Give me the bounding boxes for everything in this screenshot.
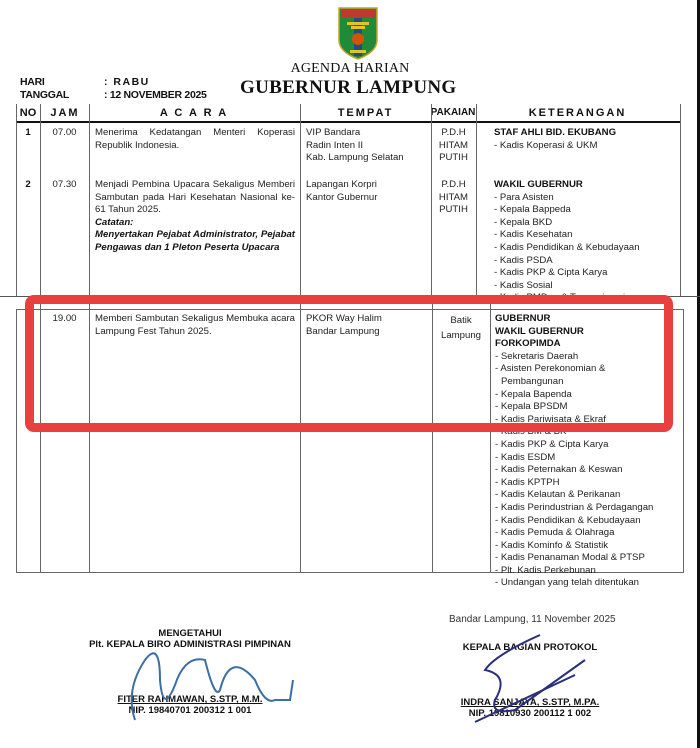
- tempat-line: Kab. Lampung Selatan: [306, 152, 430, 165]
- keterangan-item: - Kadis Koperasi & UKM: [494, 140, 678, 153]
- keterangan-head: WAKIL GUBERNUR: [494, 179, 678, 192]
- row-pakaian: P.D.H HITAM PUTIH: [431, 127, 476, 165]
- pakaian-line: P.D.H: [431, 179, 476, 192]
- pakaian-line: HITAM: [431, 192, 476, 205]
- grid-line: [683, 309, 684, 572]
- tanggal-label: TANGGAL: [20, 89, 69, 101]
- catatan-text: Menyertakan Pejabat Administrator, Pejab…: [95, 229, 295, 254]
- column-header-no: NO: [16, 104, 40, 122]
- column-header-jam: JAM: [41, 104, 89, 122]
- keterangan-item: - Kadis ESDM: [495, 452, 681, 465]
- keterangan-item: - Kadis KPTPH: [495, 477, 681, 490]
- column-header-acara: A C A R A: [89, 104, 299, 122]
- tanggal-value: : 12 NOVEMBER 2025: [104, 89, 207, 101]
- keterangan-item: - Kadis Perindustrian & Perdagangan: [495, 502, 681, 515]
- row-no: 1: [16, 127, 40, 140]
- highlight-box: [25, 295, 673, 432]
- catatan-label: Catatan:: [95, 217, 295, 230]
- keterangan-item: - Kadis Peternakan & Keswan: [495, 464, 681, 477]
- document-subtitle: AGENDA HARIAN: [0, 61, 700, 77]
- row-keterangan: WAKIL GUBERNUR - Para Asisten - Kepala B…: [494, 179, 678, 295]
- keterangan-item: - Kadis PKP & Cipta Karya: [495, 439, 681, 452]
- hari-value: : RABU: [104, 76, 150, 88]
- column-header-pakaian: PAKAIAN: [431, 104, 475, 122]
- grid-line: [476, 104, 477, 296]
- grid-line: [300, 104, 301, 296]
- tempat-line: Lapangan Korpri: [306, 179, 430, 192]
- keterangan-item: - Kadis Kesehatan: [494, 229, 678, 242]
- keterangan-item: - Kadis Kelautan & Perikanan: [495, 489, 681, 502]
- keterangan-item: - Kepala BKD: [494, 217, 678, 230]
- row-tempat: Lapangan Korpri Kantor Gubernur: [306, 179, 430, 204]
- signature-left-icon: [115, 630, 305, 725]
- keterangan-item: - Para Asisten: [494, 192, 678, 205]
- keterangan-item: - Kadis Kominfo & Statistik: [495, 540, 681, 553]
- keterangan-head: STAF AHLI BID. EKUBANG: [494, 127, 678, 140]
- pakaian-line: HITAM: [431, 140, 476, 153]
- keterangan-item: - Undangan yang telah ditentukan: [495, 577, 681, 590]
- row-pakaian: P.D.H HITAM PUTIH: [431, 179, 476, 217]
- keterangan-item: - Kadis PSDA: [494, 255, 678, 268]
- grid-line: [89, 104, 90, 296]
- row-tempat: VIP Bandara Radin Inten II Kab. Lampung …: [306, 127, 430, 165]
- pakaian-line: PUTIH: [431, 204, 476, 217]
- keterangan-item: - Kadis Sosial: [494, 280, 678, 293]
- row-acara: Menerima Kedatangan Menteri Koperasi Rep…: [95, 127, 295, 152]
- row-keterangan: STAF AHLI BID. EKUBANG - Kadis Koperasi …: [494, 127, 678, 152]
- row-no: 2: [16, 179, 40, 192]
- keterangan-item: - Kadis Penanaman Modal & PTSP: [495, 552, 681, 565]
- grid-line: [16, 309, 17, 572]
- pakaian-line: P.D.H: [431, 127, 476, 140]
- place-date: Bandar Lampung, 11 November 2025: [449, 614, 616, 625]
- document-title: GUBERNUR LAMPUNG: [240, 77, 456, 99]
- row-jam: 07.00: [40, 127, 89, 140]
- keterangan-item: - Kadis PKP & Cipta Karya: [494, 267, 678, 280]
- tempat-line: VIP Bandara: [306, 127, 430, 140]
- keterangan-item: - Kadis Pendidikan & Kebudayaan: [494, 242, 678, 255]
- lampung-emblem-icon: [337, 6, 379, 60]
- tempat-line: Kantor Gubernur: [306, 192, 430, 205]
- grid-line: [680, 104, 681, 296]
- keterangan-item: - Kadis Pendidikan & Kebudayaan: [495, 515, 681, 528]
- row-acara: Menjadi Pembina Upacara Sekaligus Member…: [95, 179, 295, 255]
- row-jam: 07.30: [40, 179, 89, 192]
- hari-label: HARI: [20, 76, 44, 88]
- header-divider: [16, 121, 680, 123]
- keterangan-item: - Kepala Bappeda: [494, 204, 678, 217]
- column-header-keterangan: KETERANGAN: [476, 104, 679, 122]
- tempat-line: Radin Inten II: [306, 140, 430, 153]
- keterangan-item: - Plt. Kadis Perkebunan: [495, 565, 681, 578]
- acara-text: Menjadi Pembina Upacara Sekaligus Member…: [95, 179, 295, 217]
- column-header-tempat: TEMPAT: [300, 104, 431, 122]
- signature-right-icon: [455, 630, 595, 725]
- pakaian-line: PUTIH: [431, 152, 476, 165]
- keterangan-item: - Kadis Pemuda & Olahraga: [495, 527, 681, 540]
